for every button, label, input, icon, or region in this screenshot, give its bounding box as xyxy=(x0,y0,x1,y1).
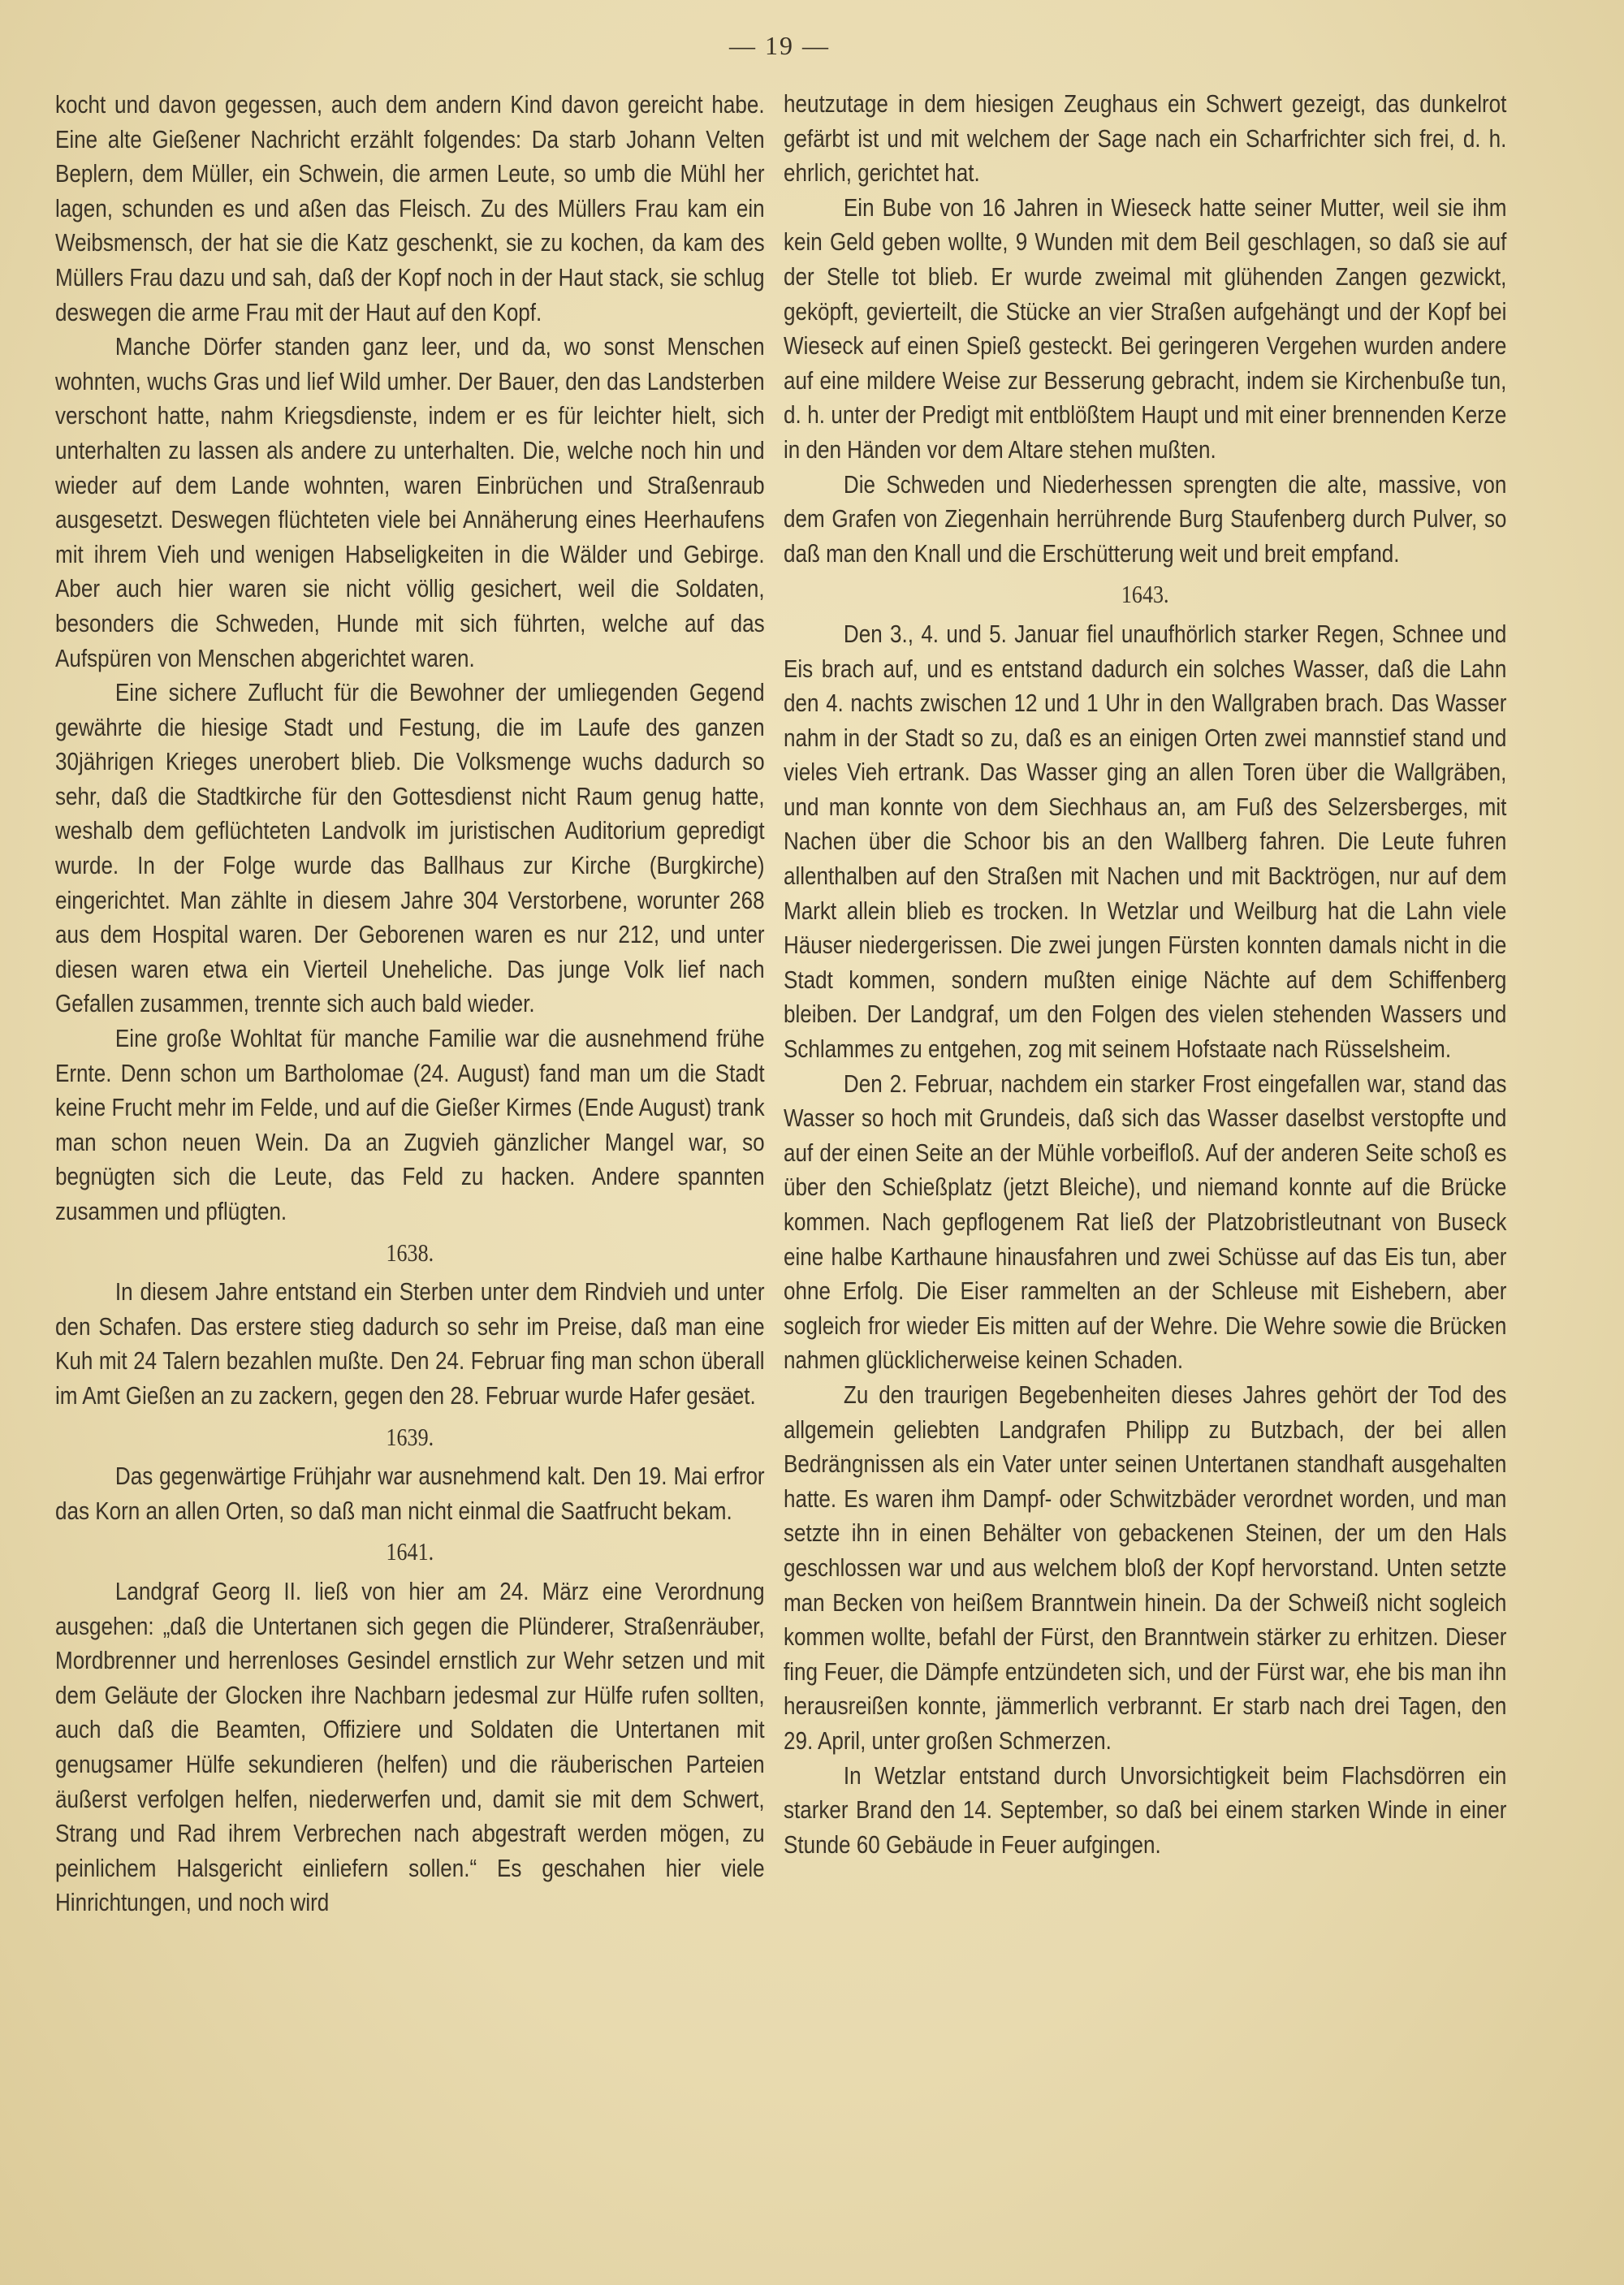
year-heading: 1639. xyxy=(55,1420,765,1455)
paragraph: Landgraf Georg II. ließ von hier am 24. … xyxy=(55,1574,765,1920)
year-heading: 1641. xyxy=(55,1535,765,1570)
year-heading: 1638. xyxy=(55,1236,765,1271)
paragraph: Das gegenwärtige Frühjahr war ausnehmend… xyxy=(55,1459,765,1528)
year-heading: 1643. xyxy=(784,577,1506,612)
paragraph: Eine sichere Zuflucht für die Bewohner d… xyxy=(55,676,765,1022)
page-number: — 19 — xyxy=(698,31,861,61)
paragraph: Den 3., 4. und 5. Januar fiel unaufhörli… xyxy=(784,617,1506,1067)
right-column: heutzutage in dem hiesigen Zeughaus ein … xyxy=(784,87,1506,1862)
paragraph: Zu den traurigen Begebenheiten dieses Ja… xyxy=(784,1378,1506,1759)
paragraph: heutzutage in dem hiesigen Zeughaus ein … xyxy=(784,87,1506,191)
paragraph: Eine große Wohltat für manche Familie wa… xyxy=(55,1022,765,1229)
left-column: kocht und davon gegessen, auch dem ander… xyxy=(55,88,765,1920)
paragraph: Manche Dörfer standen ganz leer, und da,… xyxy=(55,330,765,676)
paragraph: In Wetzlar entstand durch Unvorsichtigke… xyxy=(784,1759,1506,1863)
paragraph: Die Schweden und Niederhessen sprengten … xyxy=(784,468,1506,572)
paragraph: In diesem Jahre entstand ein Sterben unt… xyxy=(55,1275,765,1413)
paragraph: Ein Bube von 16 Jahren in Wieseck hatte … xyxy=(784,191,1506,468)
paragraph: Den 2. Februar, nachdem ein starker Fros… xyxy=(784,1067,1506,1378)
paragraph: kocht und davon gegessen, auch dem ander… xyxy=(55,88,765,330)
